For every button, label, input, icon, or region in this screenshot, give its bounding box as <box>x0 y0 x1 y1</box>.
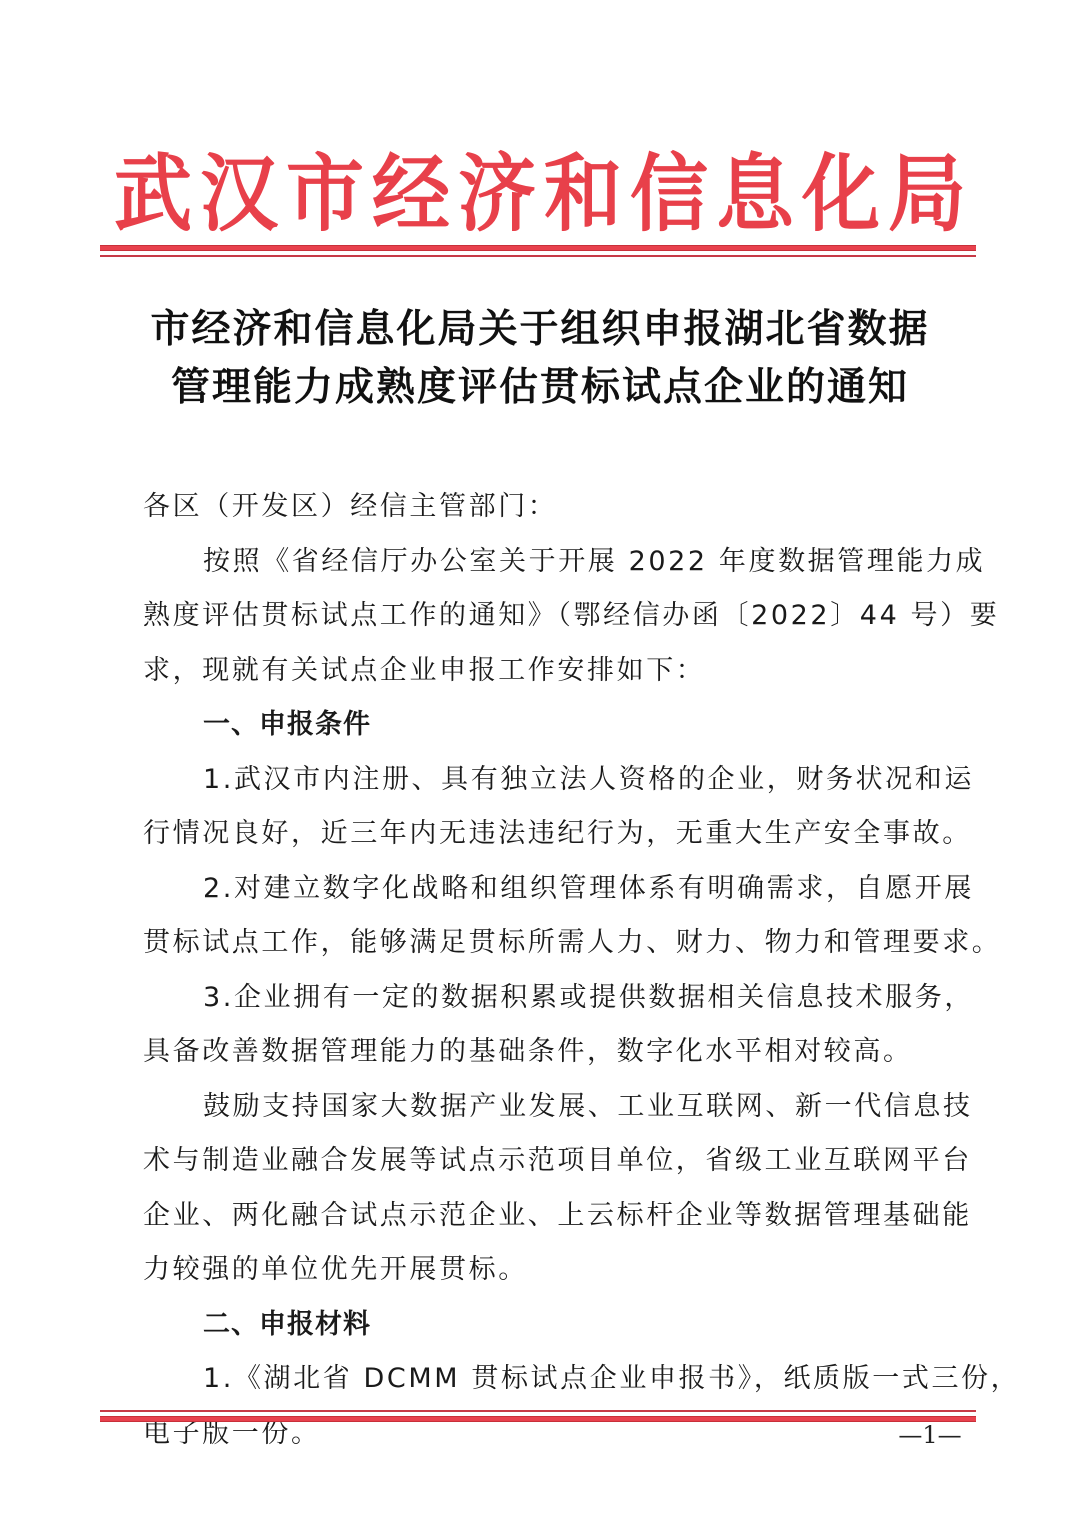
encouragement-line: 鼓励支持国家大数据产业发展、工业互联网、新一代信息技 <box>143 1080 958 1135</box>
masthead-char: 经 <box>368 146 454 243</box>
masthead-char: 局 <box>884 146 970 243</box>
encouragement-line: 力较强的单位优先开展贯标。 <box>143 1243 958 1298</box>
document-body: 各区（开发区）经信主管部门： 按照《省经信厅办公室关于开展 2022 年度数据管… <box>143 480 958 1461</box>
condition-item-line: 行情况良好，近三年内无违法违纪行为，无重大生产安全事故。 <box>143 807 958 862</box>
condition-item-line: 具备改善数据管理能力的基础条件，数字化水平相对较高。 <box>143 1025 958 1080</box>
section-heading-materials: 二、申报材料 <box>143 1298 958 1353</box>
masthead-char: 市 <box>282 146 368 243</box>
masthead-char: 汉 <box>196 146 282 243</box>
masthead-char: 化 <box>798 146 884 243</box>
condition-item-line: 1.武汉市内注册、具有独立法人资格的企业，财务状况和运 <box>143 753 958 808</box>
masthead-char: 武 <box>110 146 196 243</box>
intro-line: 求，现就有关试点企业申报工作安排如下： <box>143 644 958 699</box>
condition-item-line: 2.对建立数字化战略和组织管理体系有明确需求，自愿开展 <box>143 862 958 917</box>
condition-item-line: 贯标试点工作，能够满足贯标所需人力、财力、物力和管理要求。 <box>143 916 958 971</box>
masthead-char: 信 <box>626 146 712 243</box>
document-title: 市经济和信息化局关于组织申报湖北省数据 管理能力成熟度评估贯标试点企业的通知 <box>0 300 1080 416</box>
section-heading-conditions: 一、申报条件 <box>143 698 958 753</box>
condition-item-line: 3.企业拥有一定的数据积累或提供数据相关信息技术服务， <box>143 971 958 1026</box>
masthead-char: 和 <box>540 146 626 243</box>
title-line-1: 市经济和信息化局关于组织申报湖北省数据 <box>0 300 1080 358</box>
material-item-line: 1.《湖北省 DCMM 贯标试点企业申报书》，纸质版一式三份， <box>143 1352 958 1407</box>
header-red-rule-thin <box>100 255 976 257</box>
material-item-line: 电子版一份。 <box>143 1407 958 1462</box>
masthead-char: 济 <box>454 146 540 243</box>
salutation: 各区（开发区）经信主管部门： <box>143 480 958 535</box>
header-red-rule-thick <box>100 245 976 251</box>
intro-line: 熟度评估贯标试点工作的通知》（鄂经信办函〔2022〕44 号）要 <box>143 589 958 644</box>
masthead-agency-name: 武 汉 市 经 济 和 信 息 化 局 <box>110 150 970 240</box>
encouragement-line: 术与制造业融合发展等试点示范项目单位，省级工业互联网平台 <box>143 1134 958 1189</box>
title-line-2: 管理能力成熟度评估贯标试点企业的通知 <box>0 358 1080 416</box>
page-number: —1— <box>890 1420 970 1450</box>
footer-red-rule-thick <box>100 1416 976 1422</box>
intro-line: 按照《省经信厅办公室关于开展 2022 年度数据管理能力成 <box>143 535 958 590</box>
masthead-char: 息 <box>712 146 798 243</box>
document-page: 武 汉 市 经 济 和 信 息 化 局 市经济和信息化局关于组织申报湖北省数据 … <box>0 0 1080 1528</box>
encouragement-line: 企业、两化融合试点示范企业、上云标杆企业等数据管理基础能 <box>143 1189 958 1244</box>
footer-red-rule-thin <box>100 1410 976 1412</box>
